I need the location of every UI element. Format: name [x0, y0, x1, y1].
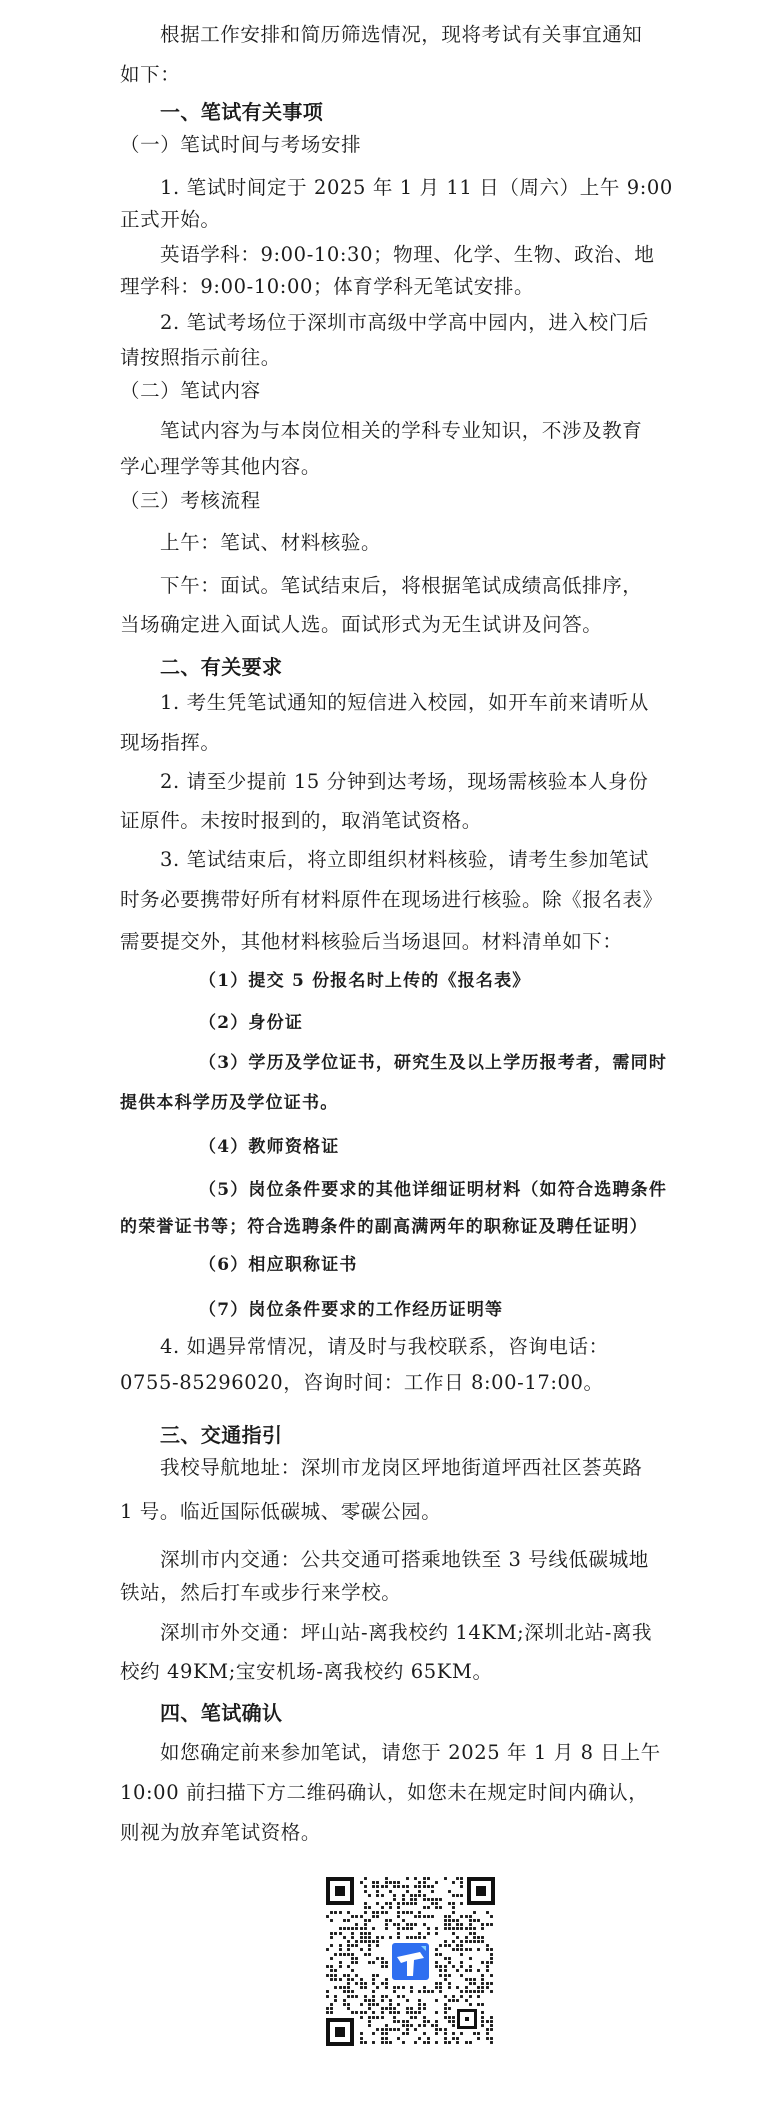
- qr-module: [385, 1982, 388, 1985]
- qr-module: [427, 2041, 430, 2044]
- qr-module: [465, 1986, 468, 1989]
- qr-module: [465, 1936, 468, 1939]
- qr-module: [343, 1986, 346, 1989]
- paragraph-line: 1 号。临近国际低碳城、零碳公园。: [120, 1497, 665, 1527]
- paragraph-line: 2. 笔试考场位于深圳市高级中学高中园内，进入校门后: [160, 308, 665, 338]
- qr-module: [439, 1898, 442, 1901]
- qr-module: [389, 1999, 392, 2002]
- qr-module: [481, 2003, 484, 2006]
- paragraph-line: 1. 笔试时间定于 2025 年 1 月 11 日（周六）上午 9:00: [160, 173, 665, 203]
- qr-module: [381, 1999, 384, 2002]
- qr-module: [376, 1974, 379, 1977]
- qr-module: [406, 2020, 409, 2023]
- qr-module: [343, 1919, 346, 1922]
- qr-module: [381, 1961, 384, 1964]
- qr-module: [402, 1911, 405, 1914]
- qr-module: [385, 1919, 388, 1922]
- qr-module: [460, 1877, 463, 1880]
- qr-module: [360, 2003, 363, 2006]
- qr-code-icon[interactable]: [326, 1877, 495, 2046]
- qr-module: [355, 1961, 358, 1964]
- qr-module: [444, 1957, 447, 1960]
- qr-module: [376, 1902, 379, 1905]
- qr-module: [414, 1936, 417, 1939]
- qr-module: [351, 1978, 354, 1981]
- qr-module: [372, 1911, 375, 1914]
- qr-module: [473, 1932, 476, 1935]
- qr-module: [477, 2037, 480, 2040]
- qr-module: [444, 1927, 447, 1930]
- qr-module: [402, 1995, 405, 1998]
- qr-module: [397, 2028, 400, 2031]
- qr-module: [402, 1898, 405, 1901]
- qr-module: [406, 1911, 409, 1914]
- qr-module: [351, 1936, 354, 1939]
- qr-module: [360, 1927, 363, 1930]
- qr-module: [473, 1911, 476, 1914]
- qr-module: [444, 1944, 447, 1947]
- qr-module: [360, 1948, 363, 1951]
- qr-module: [372, 1961, 375, 1964]
- qr-module: [490, 1948, 493, 1951]
- qr-module: [326, 2007, 329, 2010]
- qr-module: [372, 1982, 375, 1985]
- qr-module: [481, 1990, 484, 1993]
- qr-module: [456, 1969, 459, 1972]
- qr-module: [456, 1927, 459, 1930]
- qr-module: [465, 2041, 468, 2044]
- qr-module: [452, 1995, 455, 1998]
- qr-module: [364, 2011, 367, 2014]
- qr-module: [326, 1974, 329, 1977]
- qr-module: [393, 2011, 396, 2014]
- qr-module: [431, 1902, 434, 1905]
- qr-module: [444, 1974, 447, 1977]
- qr-module: [410, 2024, 413, 2027]
- qr-module: [490, 2020, 493, 2023]
- qr-module: [490, 1953, 493, 1956]
- qr-module: [402, 1927, 405, 1930]
- qr-module: [435, 1927, 438, 1930]
- qr-module: [381, 1936, 384, 1939]
- qr-module: [339, 1948, 342, 1951]
- qr-module: [423, 1986, 426, 1989]
- qr-module: [347, 1927, 350, 1930]
- paragraph-line: 正式开始。: [120, 205, 665, 235]
- qr-module: [439, 1965, 442, 1968]
- qr-module: [448, 1919, 451, 1922]
- qr-module: [423, 1894, 426, 1897]
- qr-module: [448, 2020, 451, 2023]
- qr-module: [351, 1927, 354, 1930]
- qr-module: [448, 1982, 451, 1985]
- qr-module: [410, 1911, 413, 1914]
- qr-module: [385, 1911, 388, 1914]
- qr-module: [452, 1932, 455, 1935]
- qr-module: [385, 1995, 388, 1998]
- qr-module: [423, 1936, 426, 1939]
- qr-module: [406, 2032, 409, 2035]
- qr-module: [410, 1986, 413, 1989]
- qr-module: [372, 2011, 375, 2014]
- qr-module: [355, 1927, 358, 1930]
- qr-module: [389, 1881, 392, 1884]
- qr-module: [490, 2028, 493, 2031]
- qr-module: [435, 1982, 438, 1985]
- qr-module: [347, 1944, 350, 1947]
- qr-module: [444, 1940, 447, 1943]
- qr-module: [385, 1923, 388, 1926]
- qr-module: [486, 1969, 489, 1972]
- qr-module: [490, 1974, 493, 1977]
- qr-module: [435, 2032, 438, 2035]
- qr-module: [414, 1915, 417, 1918]
- qr-module: [410, 1923, 413, 1926]
- paragraph-line: 深圳市内交通：公共交通可搭乘地铁至 3 号线低碳城地: [160, 1545, 665, 1575]
- qr-module: [448, 1915, 451, 1918]
- qr-module: [444, 1969, 447, 1972]
- qr-module: [481, 1986, 484, 1989]
- qr-module: [334, 1999, 337, 2002]
- qr-module: [452, 2016, 455, 2019]
- qr-module: [368, 2007, 371, 2010]
- qr-finder-pattern: [326, 2018, 354, 2046]
- qr-module: [469, 1932, 472, 1935]
- qr-module: [465, 1978, 468, 1981]
- qr-module: [372, 1881, 375, 1884]
- qr-module: [423, 2032, 426, 2035]
- qr-module: [406, 2028, 409, 2031]
- qr-module: [368, 1919, 371, 1922]
- qr-module: [448, 1957, 451, 1960]
- qr-module: [452, 1902, 455, 1905]
- qr-module: [423, 1881, 426, 1884]
- qr-module: [418, 1881, 421, 1884]
- qr-module: [339, 1932, 342, 1935]
- material-item: （6）相应职称证书: [199, 1250, 744, 1280]
- qr-module: [368, 2024, 371, 2027]
- qr-module: [364, 1911, 367, 1914]
- qr-module: [465, 1915, 468, 1918]
- qr-module: [347, 1995, 350, 1998]
- qr-module: [435, 2041, 438, 2044]
- qr-module: [339, 1961, 342, 1964]
- qr-module: [326, 2011, 329, 2014]
- qr-module: [465, 1948, 468, 1951]
- qr-module: [486, 1965, 489, 1968]
- qr-module: [456, 1894, 459, 1897]
- qr-module: [469, 2003, 472, 2006]
- paragraph-line: 需要提交外，其他材料核验后当场退回。材料清单如下：: [120, 927, 665, 957]
- qr-module: [439, 1990, 442, 1993]
- qr-module: [381, 2016, 384, 2019]
- qr-module: [486, 2032, 489, 2035]
- qr-module: [414, 1923, 417, 1926]
- qr-module: [473, 1982, 476, 1985]
- qr-module: [406, 1885, 409, 1888]
- qr-module: [477, 2032, 480, 2035]
- qr-module: [486, 1982, 489, 1985]
- qr-module: [435, 1948, 438, 1951]
- qr-module: [418, 1894, 421, 1897]
- qr-module: [418, 1936, 421, 1939]
- qr-module: [473, 1978, 476, 1981]
- qr-finder-pattern: [467, 1877, 495, 1905]
- qr-module: [439, 1906, 442, 1909]
- qr-module: [393, 1885, 396, 1888]
- qr-module: [393, 1986, 396, 1989]
- qr-module: [414, 2016, 417, 2019]
- qr-module: [444, 2003, 447, 2006]
- qr-module: [330, 1911, 333, 1914]
- qr-module: [393, 2020, 396, 2023]
- qr-module: [418, 2024, 421, 2027]
- qr-module: [376, 1911, 379, 1914]
- qr-module: [402, 1902, 405, 1905]
- qr-module: [406, 1890, 409, 1893]
- qr-module: [435, 1881, 438, 1884]
- qr-module: [376, 1890, 379, 1893]
- qr-module: [410, 2011, 413, 2014]
- qr-module: [423, 2016, 426, 2019]
- qr-module: [490, 1982, 493, 1985]
- qr-module: [347, 2007, 350, 2010]
- subsection-title-content: （二）笔试内容: [120, 376, 665, 406]
- qr-module: [444, 2016, 447, 2019]
- qr-module: [402, 1894, 405, 1897]
- qr-module: [360, 1940, 363, 1943]
- qr-module: [418, 1890, 421, 1893]
- qr-module: [423, 1898, 426, 1901]
- qr-module: [410, 2016, 413, 2019]
- qr-module: [435, 1902, 438, 1905]
- qr-module: [460, 1974, 463, 1977]
- qr-module: [364, 1877, 367, 1880]
- material-item: （1）提交 5 份报名时上传的《报名表》: [199, 966, 744, 996]
- qr-module: [414, 2028, 417, 2031]
- qr-module: [372, 1999, 375, 2002]
- qr-module: [397, 1885, 400, 1888]
- qr-module: [456, 1923, 459, 1926]
- qr-module: [427, 2020, 430, 2023]
- qr-module: [469, 1957, 472, 1960]
- qr-module: [431, 1990, 434, 1993]
- qr-module: [389, 1890, 392, 1893]
- qr-module: [330, 1919, 333, 1922]
- material-item: （4）教师资格证: [199, 1132, 744, 1162]
- qr-module: [372, 2032, 375, 2035]
- qr-module: [452, 1948, 455, 1951]
- qr-module: [351, 1953, 354, 1956]
- qr-module: [481, 1982, 484, 1985]
- qr-module: [460, 1915, 463, 1918]
- qr-module: [435, 1999, 438, 2002]
- qr-module: [364, 1995, 367, 1998]
- qr-module: [355, 1923, 358, 1926]
- qr-module: [334, 1969, 337, 1972]
- qr-module: [486, 2028, 489, 2031]
- qr-module: [376, 1944, 379, 1947]
- qr-module: [397, 1923, 400, 1926]
- qr-module: [473, 1940, 476, 1943]
- qr-module: [448, 2016, 451, 2019]
- qr-module: [385, 2028, 388, 2031]
- qr-module: [355, 1974, 358, 1977]
- qr-module: [469, 1965, 472, 1968]
- qr-module: [414, 2011, 417, 2014]
- qr-module: [397, 1932, 400, 1935]
- qr-module: [486, 1948, 489, 1951]
- qr-module: [368, 2003, 371, 2006]
- qr-module: [469, 1978, 472, 1981]
- qr-module: [423, 1906, 426, 1909]
- qr-module: [360, 2032, 363, 2035]
- qr-module: [339, 1953, 342, 1956]
- qr-module: [406, 1923, 409, 1926]
- qr-module: [364, 1902, 367, 1905]
- qr-module: [481, 1974, 484, 1977]
- section-heading-confirmation: 四、笔试确认: [160, 1698, 705, 1728]
- qr-module: [402, 2024, 405, 2027]
- qr-module: [406, 1927, 409, 1930]
- qr-module: [372, 1974, 375, 1977]
- qr-module: [427, 2037, 430, 2040]
- qr-module: [452, 1881, 455, 1884]
- paragraph-line: 现场指挥。: [120, 728, 665, 758]
- qr-module: [339, 1927, 342, 1930]
- qr-module: [444, 2041, 447, 2044]
- qr-module: [414, 1885, 417, 1888]
- qr-module: [477, 1995, 480, 1998]
- qr-module: [397, 1995, 400, 1998]
- qr-module: [473, 1919, 476, 1922]
- qr-module: [431, 1898, 434, 1901]
- qr-module: [427, 1927, 430, 1930]
- qr-module: [372, 1995, 375, 1998]
- qr-module: [326, 1990, 329, 1993]
- qr-module: [381, 2032, 384, 2035]
- qr-finder-pattern: [326, 1877, 354, 1905]
- qr-module: [410, 1927, 413, 1930]
- qr-module: [477, 1940, 480, 1943]
- qr-module: [414, 1894, 417, 1897]
- qr-module: [423, 2041, 426, 2044]
- qr-module: [418, 1999, 421, 2002]
- qr-module: [410, 1936, 413, 1939]
- qr-module: [435, 2024, 438, 2027]
- qr-module: [448, 1944, 451, 1947]
- qr-module: [439, 1944, 442, 1947]
- qr-module: [330, 2011, 333, 2014]
- qr-module: [343, 1927, 346, 1930]
- qr-module: [381, 2037, 384, 2040]
- qr-module: [406, 2011, 409, 2014]
- paragraph-line: 1. 考生凭笔试通知的短信进入校园，如开车前来请听从: [160, 688, 665, 718]
- qr-module: [423, 1923, 426, 1926]
- qr-module: [385, 1877, 388, 1880]
- qr-module: [460, 1953, 463, 1956]
- qr-module: [351, 1990, 354, 1993]
- qr-module: [389, 2028, 392, 2031]
- qr-module: [444, 2037, 447, 2040]
- qr-module: [418, 2011, 421, 2014]
- qr-module: [343, 1990, 346, 1993]
- qr-module: [330, 1974, 333, 1977]
- qr-module: [490, 1923, 493, 1926]
- qr-module: [481, 2016, 484, 2019]
- qr-module: [448, 1986, 451, 1989]
- qr-module: [481, 1961, 484, 1964]
- qr-module: [339, 1965, 342, 1968]
- qr-module: [389, 1906, 392, 1909]
- qr-module: [368, 2016, 371, 2019]
- qr-module: [393, 1881, 396, 1884]
- qr-module: [368, 1932, 371, 1935]
- intro-line: 根据工作安排和简历筛选情况，现将考试有关事宜通知: [160, 20, 665, 50]
- qr-module: [456, 1936, 459, 1939]
- qr-module: [389, 1902, 392, 1905]
- qr-module: [456, 1919, 459, 1922]
- qr-module: [326, 1915, 329, 1918]
- qr-module: [355, 1982, 358, 1985]
- qr-module: [360, 1978, 363, 1981]
- qr-module: [330, 1965, 333, 1968]
- qr-module: [427, 1990, 430, 1993]
- qr-module: [418, 2037, 421, 2040]
- qr-module: [448, 1961, 451, 1964]
- qr-module: [486, 2037, 489, 2040]
- qr-module: [334, 1953, 337, 1956]
- qr-module: [481, 1978, 484, 1981]
- qr-module: [448, 1999, 451, 2002]
- qr-module: [477, 1919, 480, 1922]
- qr-module: [381, 1894, 384, 1897]
- qr-module: [490, 2016, 493, 2019]
- qr-module: [381, 2007, 384, 2010]
- qr-module: [360, 2041, 363, 2044]
- qr-module: [385, 1927, 388, 1930]
- qr-module: [477, 1936, 480, 1939]
- qr-module: [469, 1923, 472, 1926]
- qr-module: [452, 2037, 455, 2040]
- qr-module: [368, 1961, 371, 1964]
- qr-module: [347, 2003, 350, 2006]
- paragraph-line: 请按照指示前往。: [120, 343, 665, 373]
- qr-module: [364, 1885, 367, 1888]
- qr-module: [469, 1940, 472, 1943]
- qr-module: [469, 1990, 472, 1993]
- qr-module: [469, 2041, 472, 2044]
- qr-module: [364, 2041, 367, 2044]
- material-item: （2）身份证: [199, 1008, 744, 1038]
- qr-module: [376, 1881, 379, 1884]
- qr-module: [351, 1995, 354, 1998]
- qr-module: [347, 1978, 350, 1981]
- qr-module: [427, 1906, 430, 1909]
- qr-module: [469, 1969, 472, 1972]
- qr-module: [423, 2024, 426, 2027]
- paragraph-line: 我校导航地址：深圳市龙岗区坪地街道坪西社区荟英路: [160, 1453, 665, 1483]
- qr-module: [406, 2024, 409, 2027]
- qr-module: [397, 1902, 400, 1905]
- qr-module: [460, 1902, 463, 1905]
- qr-module: [406, 1999, 409, 2002]
- qr-module: [364, 1986, 367, 1989]
- qr-module: [393, 2016, 396, 2019]
- qr-module: [343, 1974, 346, 1977]
- qr-module: [452, 1965, 455, 1968]
- qr-module: [364, 1923, 367, 1926]
